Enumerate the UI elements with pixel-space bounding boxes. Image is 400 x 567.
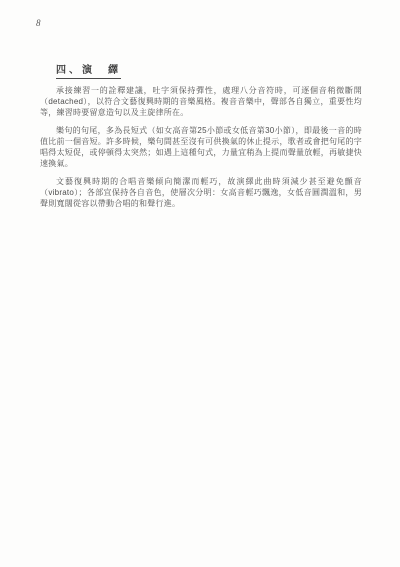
paragraph: 文藝復興時期的合唱音樂傾向簡潔而輕巧，故演繹此曲時須減少甚至避免顫音（vibra… [40,176,362,209]
document-page: 8 四、演 繹 承接練習一的詮釋建議，吐字須保持彈性，處理八分音符時，可逐個音稍… [0,0,400,567]
page-content: 四、演 繹 承接練習一的詮釋建議，吐字須保持彈性，處理八分音符時，可逐個音稍微斷… [40,60,362,216]
section-heading: 四、演 繹 [56,65,121,79]
paragraph: 承接練習一的詮釋建議，吐字須保持彈性，處理八分音符時，可逐個音稍微斷開（deta… [40,85,362,118]
section-heading-row: 四、演 繹 [56,60,362,79]
body-text: 承接練習一的詮釋建議，吐字須保持彈性，處理八分音符時，可逐個音稍微斷開（deta… [40,85,362,209]
paragraph: 樂句的句尾，多為長短式（如女高音第25小節或女低音第30小節），即最後一音的時值… [40,125,362,169]
page-number: 8 [36,18,41,28]
